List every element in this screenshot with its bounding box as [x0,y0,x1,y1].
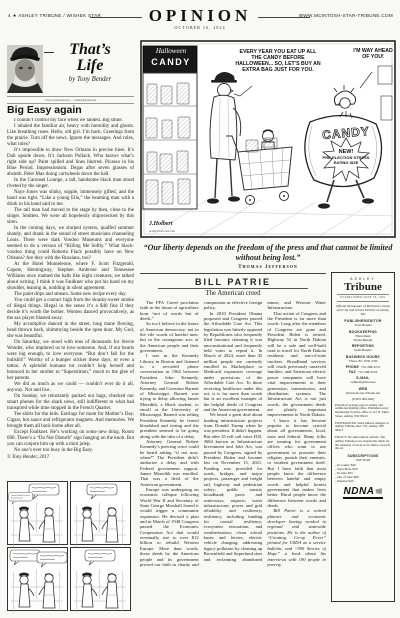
comic-strip [7,481,131,613]
subscription-rates: - In county $40- Snowbirds $50- In state… [335,463,391,483]
list-item: No one’s ever too busy in the Big Easy. [7,448,134,454]
ndna-flag-icon [375,488,382,494]
list-item: My accomplice danced in the street, long… [7,322,134,340]
ndna-logo: NDNA [343,487,384,499]
article-paragraphs: I couldn’t control my face when we lande… [7,118,134,454]
hours-value: Thurs.-Fri. 8:30-3:00 [335,359,391,363]
cartoonist-signature-site: politicalcartoons.com [149,229,175,233]
opinion-author-name: BILL PATRIE [140,277,326,287]
quote-divider [140,273,326,274]
postmaster-notice: POSTMASTER: Send address changes to: Ash… [335,422,391,433]
opinion-column-title: The American creed [140,290,326,297]
list-item: That action of Congress and the Presiden… [267,311,326,418]
list-item: On Saturday, we stood with tens of thous… [7,340,134,382]
editorial-cartoon: Halloween CANDY EVERY YEAR YOU EAT UP AL… [140,40,396,238]
candy-sign-script: Halloween [145,48,197,55]
list-item: Attorney General Robert Kennedy’s pierci… [140,439,199,487]
speech-bubble-right: I’M WAY AHEAD OF YOU! [353,48,393,60]
list-item: On Sunday, we reluctantly packed our bag… [7,394,134,412]
list-item: The tall man had moved to the stage by t… [7,208,134,226]
author-bio: Bill Patrie is a retired planner and eco… [267,508,326,567]
list-item: I inhaled the familiar air, heavy with h… [7,124,134,148]
list-item: I was in the Kennedy Library in Boston a… [140,353,199,439]
article-copyright: © Tony Bender, 2017 [7,455,134,461]
ndna-text: NDNA [344,486,375,497]
policy-notice: POLICY: No subscription refunds. The Ash… [335,436,391,451]
subscriptions-sub: ONE YEAR [335,458,391,462]
masthead-box: ASHLEY Tribune ESTABLISHED JUNE 30, 1981… [331,272,395,602]
web-value: mcintosh-star-tribune.net [335,391,391,395]
email-value: redhead@drtel.net [335,380,391,384]
publisher-name: Tony Bender [335,323,391,327]
list-item: I know it has become popular to become c… [267,418,326,509]
list-item: Except Faulkner. He’s working on some ne… [7,430,134,448]
masthead-tribune: Tribune [335,282,391,293]
masthead-established: ESTABLISHED JUNE 30, 1981 [337,294,389,302]
opinion-column-body: The FFA Creed proclaims faith in the fut… [140,300,326,614]
fax-label: FAX [349,370,356,374]
candy-sign-caps: CANDY [145,57,197,67]
cartoonist-signature: J.Holbert [149,221,173,227]
website-url: WWW.MCINTOSH-STAR-TRIBUNE.COM [299,13,393,18]
press-freedom-quote: “Our liberty depends on the freedom of t… [140,243,396,262]
bag-burst-text: PRE-ELECTION STRESS EATING SIZE [316,156,376,165]
fax-number: 701-288-3232 [358,370,377,374]
columnist-contact: www.tonybender.net — redhead@drtel.net [7,96,134,104]
phone-label: PHONE [346,365,359,369]
list-item: Naye Jones was slinky, supple, immensely… [7,190,134,208]
list-item: We did as much as we could — couldn’t ev… [7,382,134,394]
list-item: So too I believe in the future of Americ… [140,321,199,353]
header-rule-right [258,17,310,18]
article-body: I couldn’t control my face when we lande… [7,118,134,470]
column-title: That’s Life [46,42,134,73]
article-headline: Big Easy again [7,104,134,116]
list-item: - Internet $45 [335,479,391,483]
column-title-line2: Life [46,58,134,73]
list-item: At the Hotel Monteleone, where F. Scott … [7,262,134,292]
list-item: You could get a contact high from the sk… [7,298,134,322]
issue-date: OCTOBER 16, 2024 [0,25,400,30]
list-item: In the coming days, we slurped oysters, … [7,226,134,262]
postage-notice: Periodical postage paid at Ashley and ad… [335,404,391,419]
list-item: In 2010 President Obama proposed and Con… [204,311,263,413]
columnist-photo [7,45,43,93]
list-item: Tee shirts for the kids. Earrings for mo… [7,412,134,430]
speech-bubble-left: EVERY YEAR YOU EAT UP ALL THE CANDY BEFO… [234,49,322,73]
list-item: The FFA Creed proclaims faith in the fut… [140,300,199,321]
quote-attribution: Thomas Jefferson [140,264,396,270]
newspaper-opinion-page: 4 ★ ASHLEY TRIBUNE / WISHEK STAR OPINION… [0,0,400,618]
author-rule [158,288,308,289]
bookkeeping-name-2: Dylan Bender [335,338,391,342]
column-byline: by Tony Bender [46,76,134,83]
usps-number: (USPS 000-040) [335,397,391,401]
reporting-name: India Bender [335,348,391,352]
phone-number: 701-288-3231 [361,365,380,369]
masthead-official: Official Newspaper of McIntosh County an… [335,304,391,316]
column-title-line1: That’s [46,42,134,58]
list-item: It’s impossible to draw New Orleans in p… [7,148,134,178]
header-rule-left [90,17,142,18]
list-item: In the Carousel Lounge, a tall, handsome… [7,178,134,190]
